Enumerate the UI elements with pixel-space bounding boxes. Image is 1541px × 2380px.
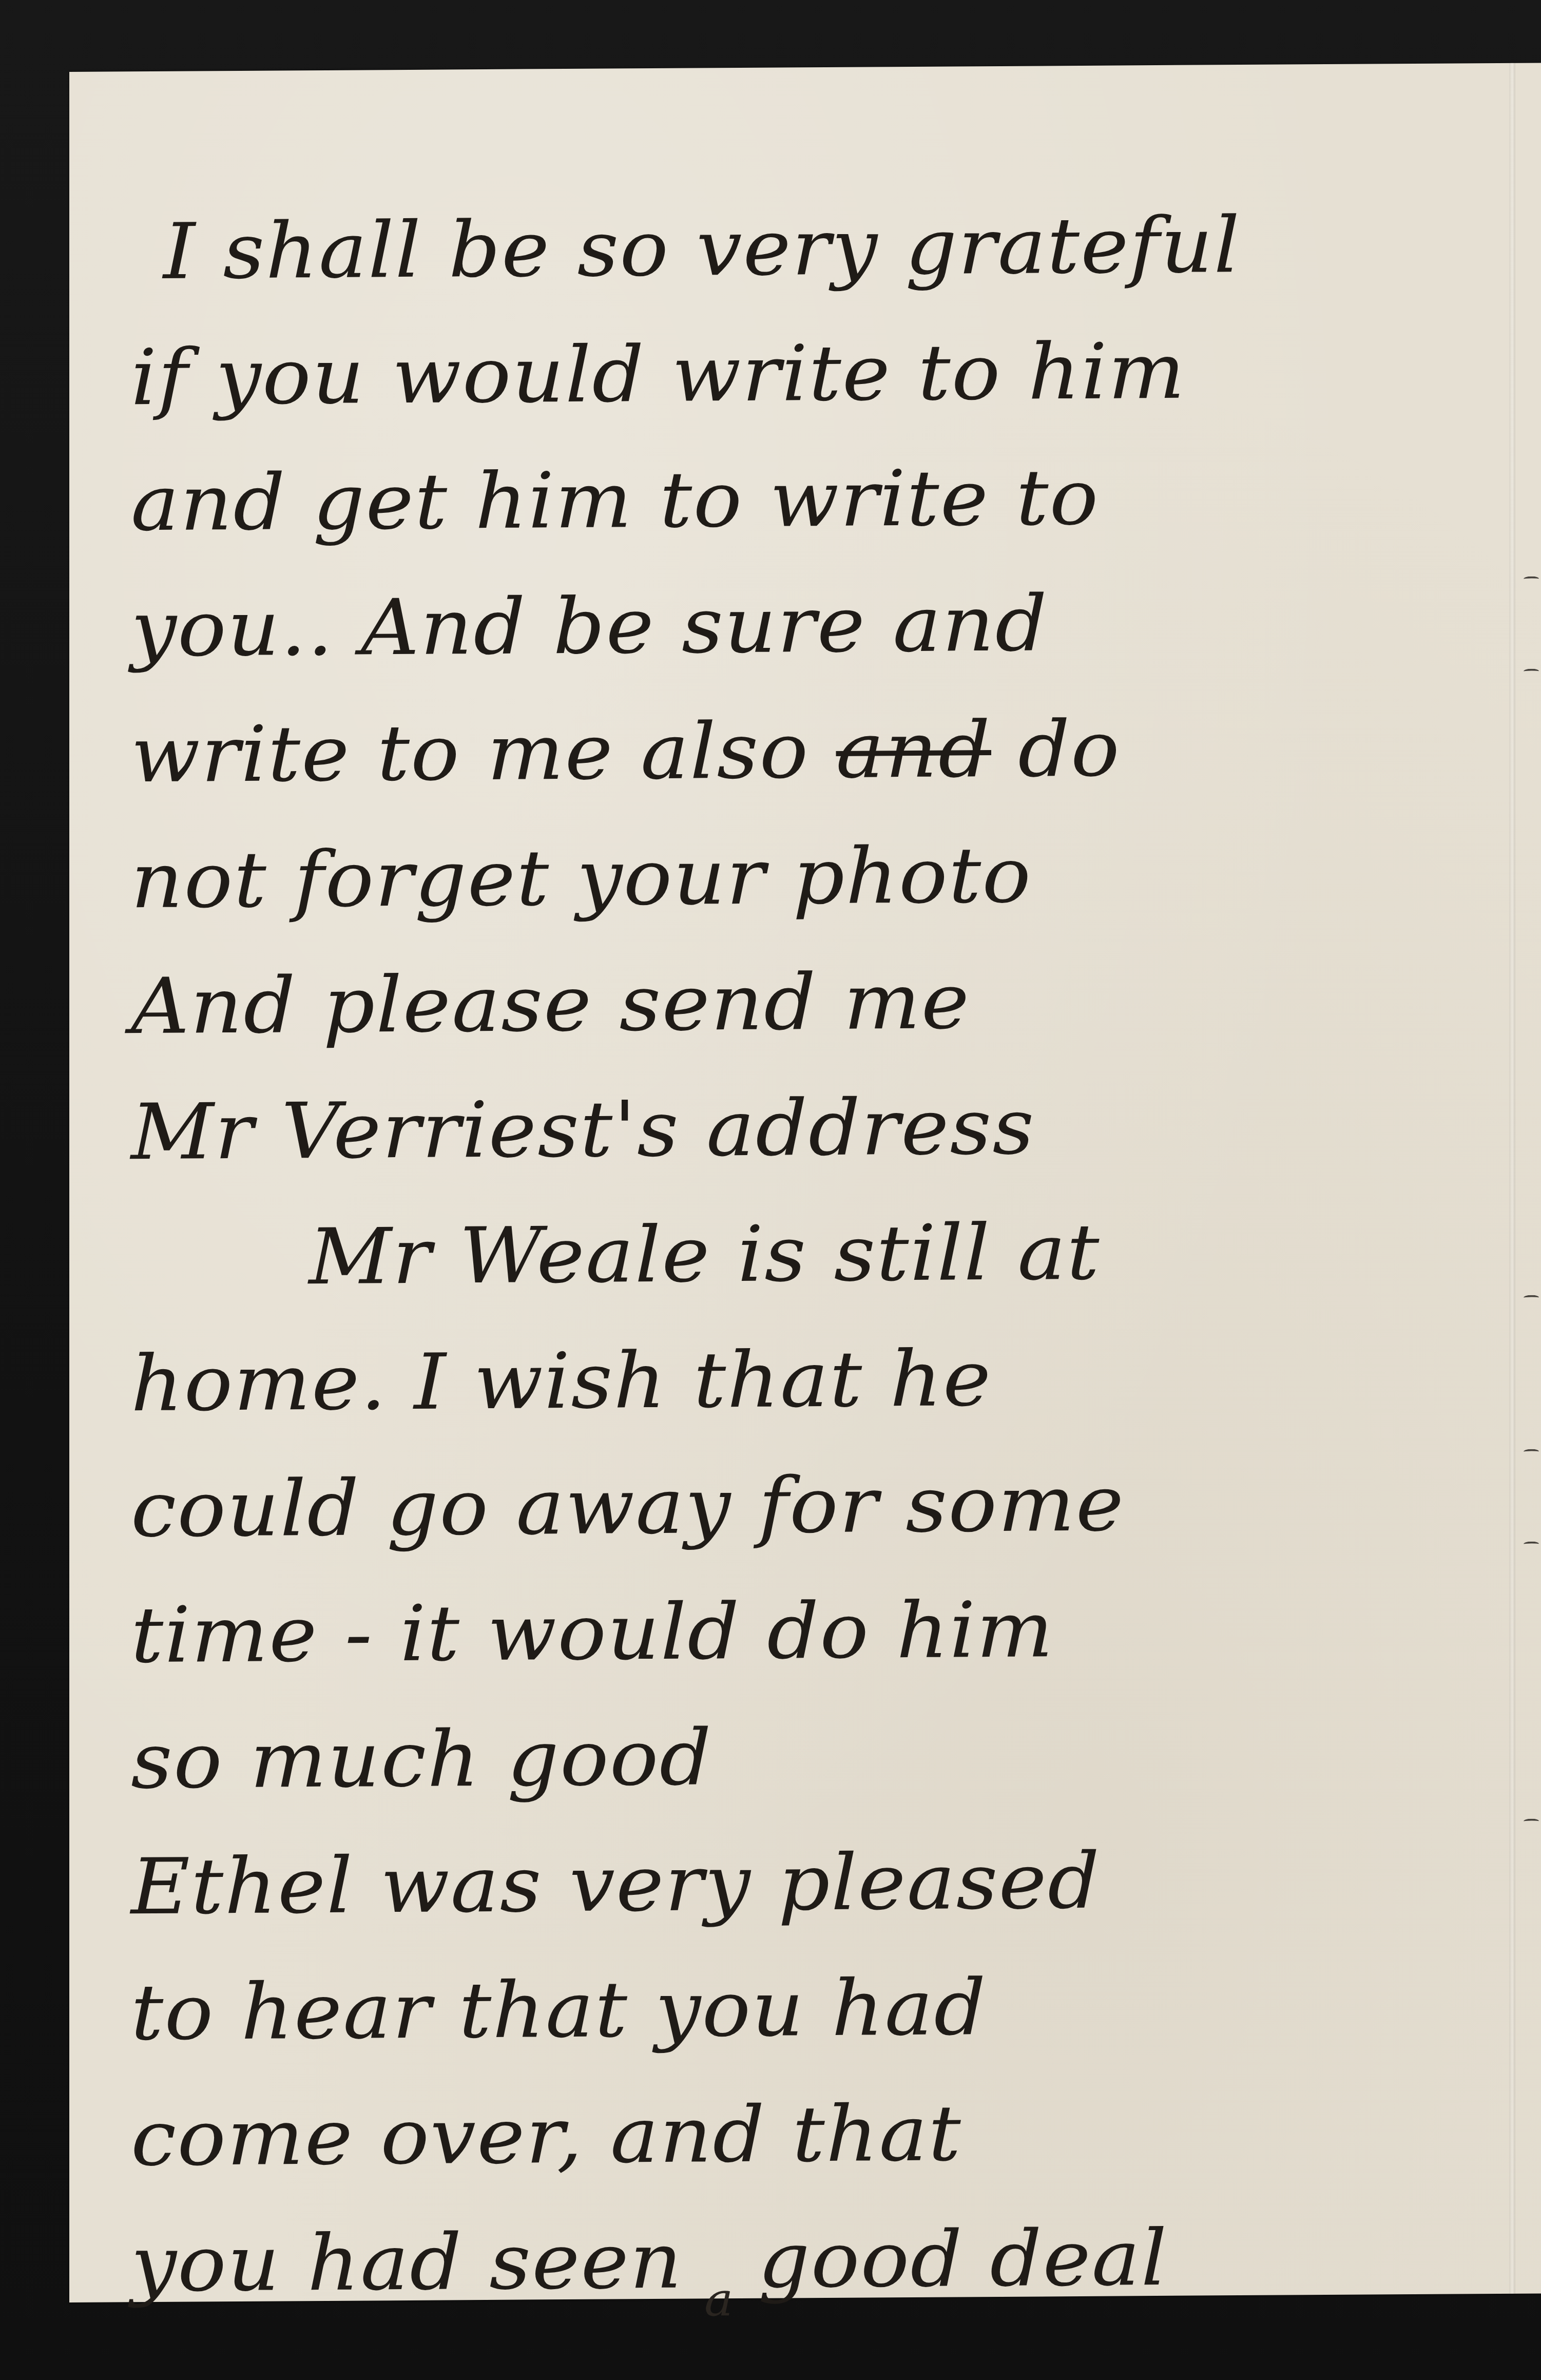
letter-line: Mr Weale is still at	[131, 1187, 1541, 1321]
letter-line: write to me also and do	[131, 684, 1541, 818]
struck-through-word: and	[836, 705, 991, 796]
line-text: you had seen	[131, 2216, 710, 2309]
line-text: write to me also	[131, 706, 836, 800]
letter-line: home. I wish that he	[131, 1313, 1541, 1447]
letter-line: so much good	[131, 1690, 1541, 1825]
letter-line: you had seen a good deal	[131, 2193, 1541, 2328]
letter-line: Ethel was very pleased	[131, 1816, 1541, 1950]
letter-line: Mr Verriest's address	[131, 1061, 1541, 1196]
letter-page: I shall be so very grateful if you would…	[69, 63, 1541, 2302]
letter-line: And please send me	[131, 935, 1541, 1070]
line-text: do	[991, 704, 1121, 795]
letter-line: if you would write to him	[131, 306, 1541, 441]
line-text: good deal	[731, 2214, 1168, 2306]
letter-line: to hear that you had	[131, 1942, 1541, 2076]
letter-line: I shall be so very grateful	[131, 181, 1541, 315]
letter-line: not forget your photo	[131, 810, 1541, 944]
letter-line: could go away for some	[131, 1438, 1541, 1573]
letter-line: and get him to write to	[131, 432, 1541, 567]
letter-line: you.. And be sure and	[131, 558, 1541, 693]
inserted-word: a	[704, 2277, 734, 2323]
letter-line: time - it would do him	[131, 1564, 1541, 1699]
letter-line: come over, and that	[131, 2067, 1541, 2202]
handwritten-text: I shall be so very grateful if you would…	[131, 181, 1491, 2328]
